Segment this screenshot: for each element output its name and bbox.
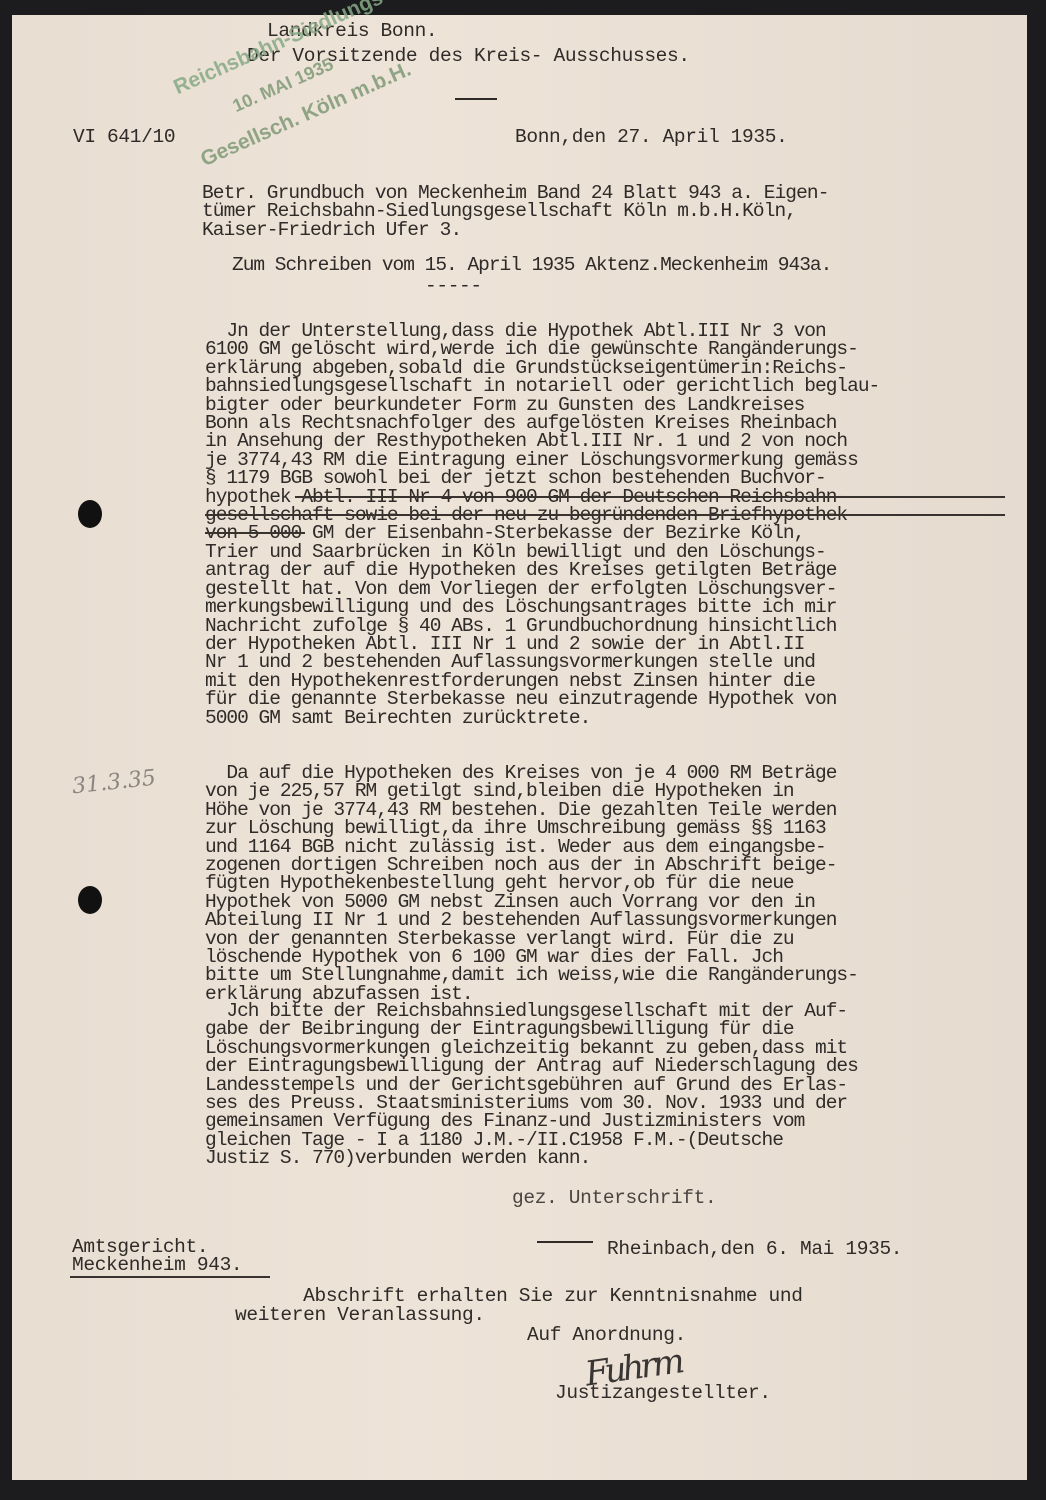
underline-mark <box>205 514 1005 516</box>
subject-block: Betr. Grundbuch von Meckenheim Band 24 B… <box>202 184 829 239</box>
closing-text: Auf Anordnung. <box>527 1326 686 1344</box>
recipient-line-2: Meckenheim 943. <box>72 1256 242 1274</box>
file-reference: VI 641/10 <box>73 128 175 146</box>
body-line: Nr 1 und 2 bestehenden Auflassungsvormer… <box>205 653 879 671</box>
punch-hole-bottom <box>78 886 102 914</box>
body-line: § 1179 BGB sowohl bei der jetzt schon be… <box>205 469 879 487</box>
body-paragraph-2: Da auf die Hypotheken des Kreises von je… <box>205 764 858 1003</box>
punch-hole-top <box>78 500 102 528</box>
letterhead-separator <box>455 98 497 100</box>
recipient-underline <box>70 1276 270 1278</box>
body-line: 5000 GM samt Beirechten zurücktrete. <box>205 709 879 727</box>
body-paragraph-3: Jch bitte der Reichsbahnsiedlungsgesells… <box>205 1002 858 1168</box>
underline-mark <box>205 532 305 534</box>
underline-mark <box>295 496 1005 498</box>
body-paragraph-1: Jn der Unterstellung,dass die Hypothek A… <box>205 322 879 727</box>
body-line: bahnsiedlungsgesellschaft in notariell o… <box>205 377 879 395</box>
subject-line: Kaiser-Friedrich Ufer 3. <box>202 221 829 239</box>
body-line: für die genannte Sterbekasse neu einzutr… <box>205 690 879 708</box>
body-line: Justiz S. 770)verbunden werden kann. <box>205 1149 858 1167</box>
signed-note: gez. Unterschrift. <box>512 1189 716 1207</box>
body-line: der Eintragungsbewilligung der Antrag au… <box>205 1057 858 1075</box>
body-line: Abteilung II Nr 1 und 2 bestehenden Aufl… <box>205 911 858 929</box>
reply-separator: ----- <box>425 277 482 295</box>
body-line: zur Löschung bewilligt,da ihre Umschreib… <box>205 819 858 837</box>
body-line: merkungsbewilligung und des Löschungsant… <box>205 598 879 616</box>
forwarding-separator <box>537 1241 593 1243</box>
body-line: antrag der auf die Hypotheken des Kreise… <box>205 561 879 579</box>
forwarding-text-line: Abschrift erhalten Sie zur Kenntnisnahme… <box>235 1287 803 1305</box>
letter-date: Bonn,den 27. April 1935. <box>515 128 787 146</box>
forwarding-date: Rheinbach,den 6. Mai 1935. <box>607 1240 902 1258</box>
signer-title: Justizangestellter. <box>555 1384 771 1402</box>
forwarding-text-line: weiteren Veranlassung. <box>235 1306 485 1324</box>
reply-reference: Zum Schreiben vom 15. April 1935 Aktenz.… <box>232 256 831 274</box>
